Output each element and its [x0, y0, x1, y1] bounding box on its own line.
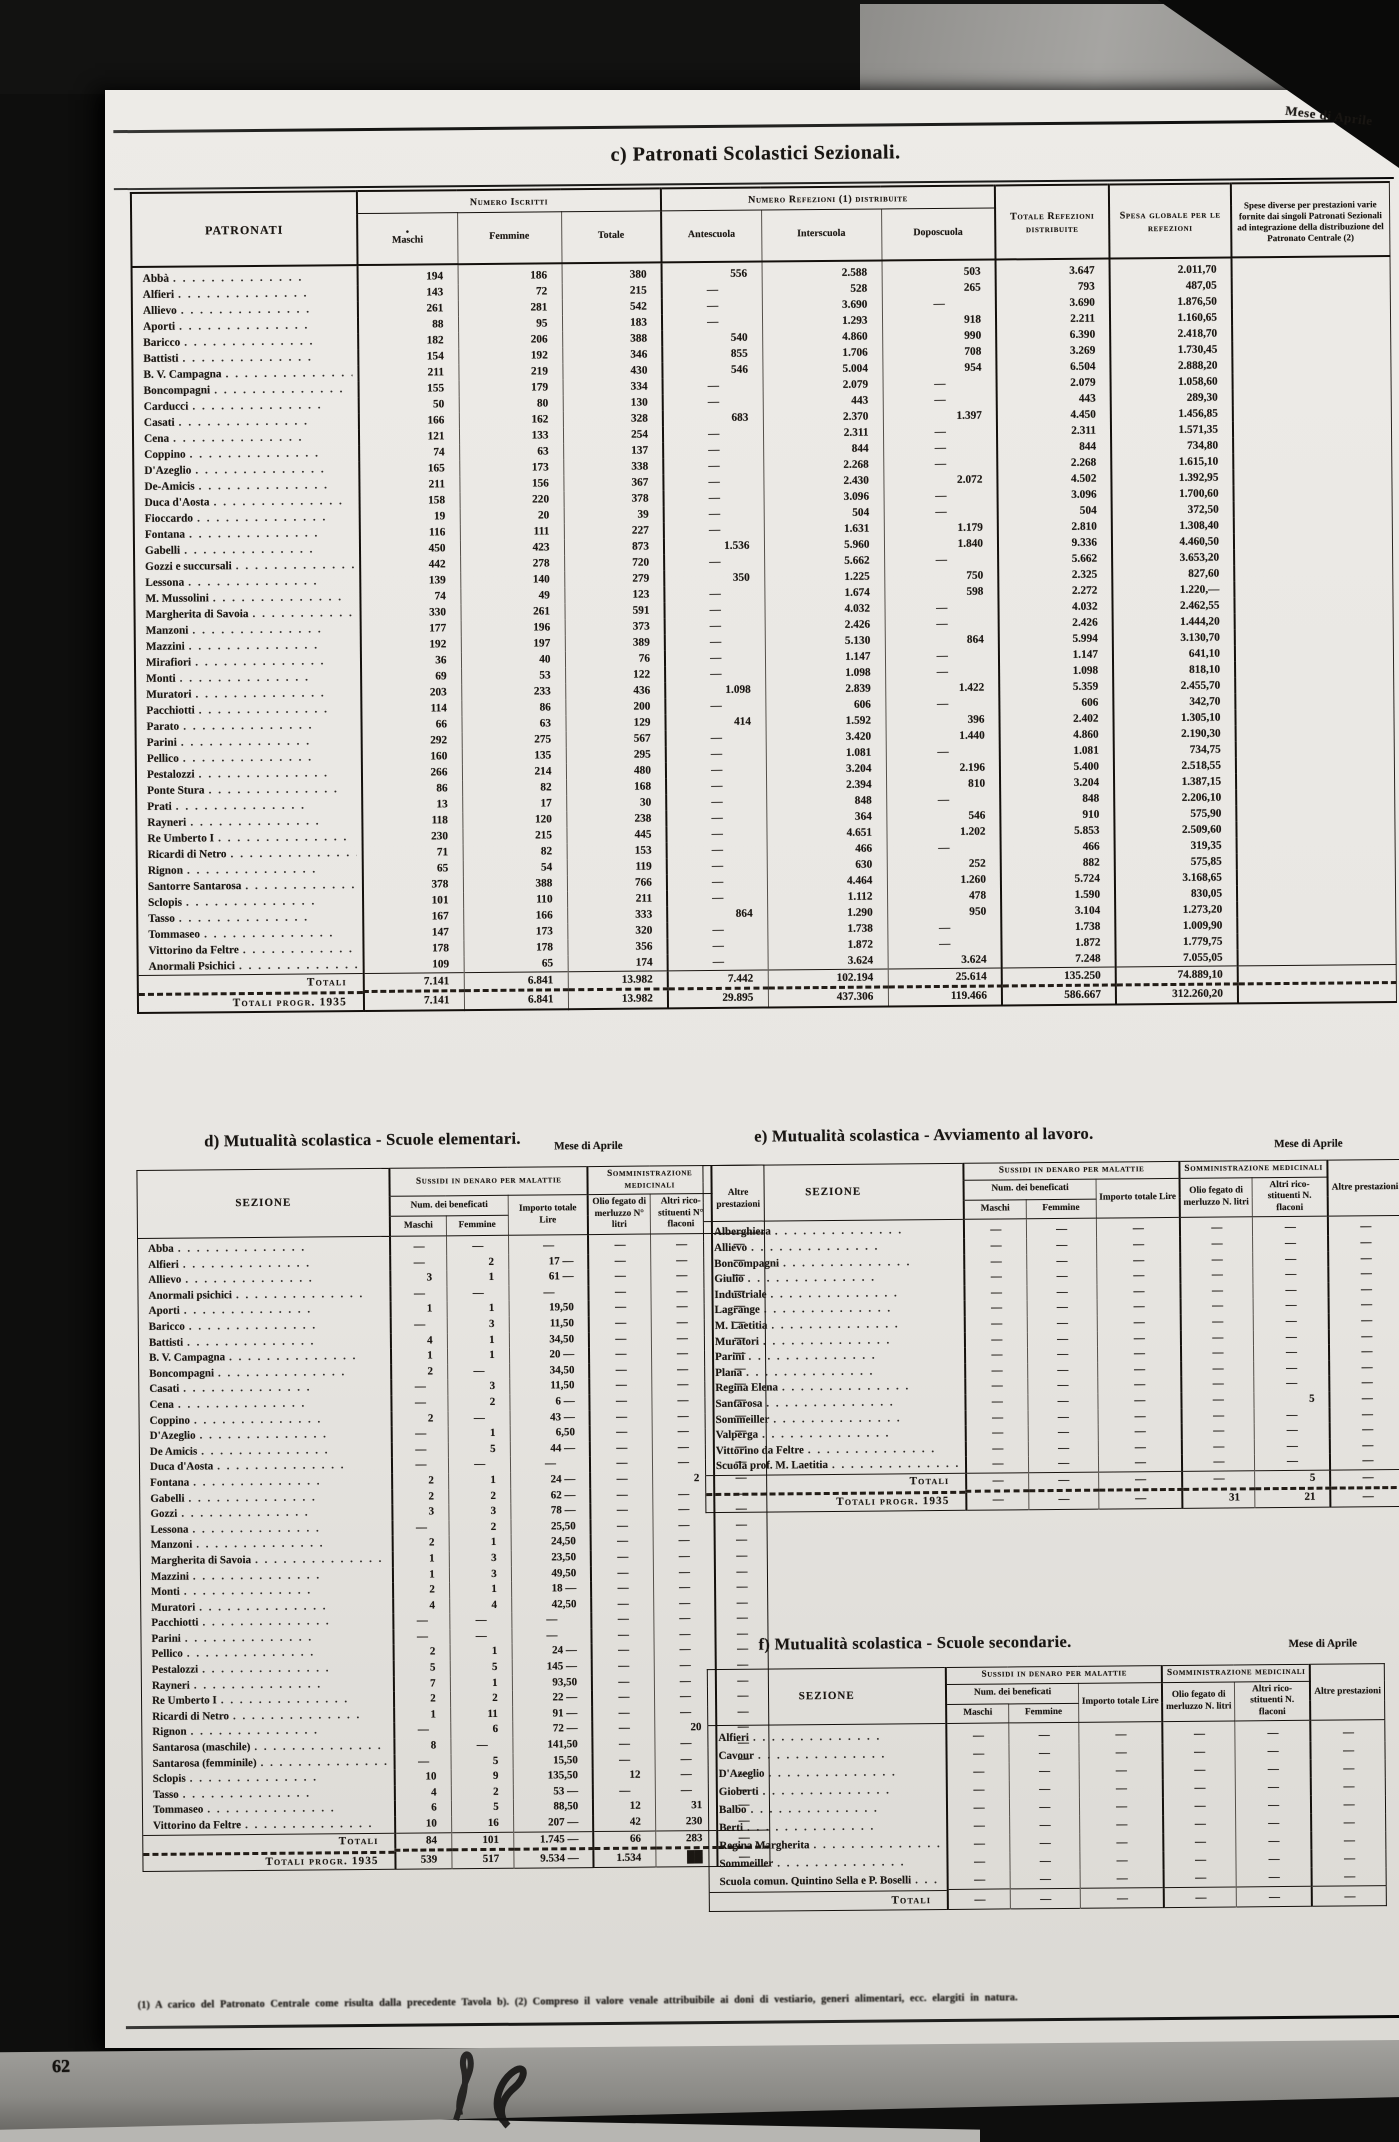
cell-value: — — [1236, 1887, 1312, 1907]
mutualita-secondarie-wrap: SEZIONE Sussidi in denaro per malattie S… — [707, 1663, 1387, 1912]
colgroup-sussidi: Sussidi in denaro per malattie — [390, 1167, 588, 1197]
dot-leaders — [195, 654, 355, 669]
cell-value: 388 — [562, 330, 662, 347]
dot-leaders — [773, 1411, 960, 1426]
cell-value: 109 — [364, 956, 464, 973]
cell-value: 1.081 — [1000, 742, 1114, 759]
cell-value: — — [965, 1269, 1027, 1285]
cell-value: — — [667, 937, 767, 954]
row-label: Vittorino da Feltre — [138, 941, 362, 959]
mutualita-secondarie-table: SEZIONE Sussidi in denaro per malattie S… — [707, 1663, 1387, 1912]
cell-value: — — [1028, 1472, 1098, 1490]
dot-leaders — [236, 558, 355, 573]
cell-value: 65 — [363, 860, 463, 877]
cell-value: 44 — — [510, 1441, 590, 1457]
colgroup-somministrazione: Somministrazione medicinali — [1162, 1664, 1310, 1682]
dot-leaders — [753, 1728, 941, 1746]
cell-value: 1.147 — [765, 648, 885, 665]
cell-value: — — [1330, 1453, 1399, 1470]
cell-value: 158 — [360, 492, 460, 509]
cell-value: — — [715, 1517, 767, 1533]
cell-value: 2 — [394, 1645, 450, 1661]
cell-value: — — [394, 1614, 450, 1630]
cell-value: 88 — [358, 316, 458, 333]
cell-value: 21 — [1254, 1488, 1330, 1508]
cell-value — [1236, 820, 1394, 837]
row-label: Totali — [710, 1890, 948, 1911]
cell-value: 140 — [460, 571, 564, 588]
cell-value: 18 — — [511, 1581, 591, 1597]
dot-leaders — [183, 1787, 389, 1802]
cell-value: — — [653, 1518, 715, 1534]
cell-value: 683 — [663, 409, 763, 426]
cell-value: — — [392, 1442, 448, 1458]
cell-value: — — [965, 1347, 1027, 1363]
dot-leaders — [179, 910, 358, 926]
cell-value: 9 — [451, 1769, 513, 1785]
dot-leaders — [747, 1818, 942, 1836]
cell-value: 62 — — [510, 1488, 590, 1504]
cell-value: 503 — [882, 259, 996, 280]
cell-value: 539 — [396, 1850, 452, 1870]
cell-value: — — [664, 505, 764, 522]
dot-leaders — [196, 1537, 387, 1552]
cell-value: — — [663, 473, 763, 490]
dot-leaders — [186, 894, 357, 909]
cell-value: — — [665, 697, 765, 714]
cell-value: 266 — [362, 764, 462, 781]
col-importo: Importo totale Lire — [1096, 1178, 1180, 1219]
cell-value: 478 — [887, 887, 1001, 904]
cell-value — [1237, 900, 1395, 917]
cell-value: 2 — [392, 1489, 448, 1505]
cell-value: — — [966, 1473, 1028, 1491]
row-label: Alberghiera — [704, 1220, 963, 1241]
cell-value: 766 — [567, 874, 667, 891]
cell-value: 5.960 — [764, 536, 884, 553]
cell-value: 61 — — [509, 1269, 589, 1285]
row-label: Fioccardo — [135, 509, 359, 527]
cell-value: 91 — — [512, 1706, 592, 1722]
cell-value: — — [1181, 1361, 1253, 1377]
cell-value: 101 — [451, 1832, 513, 1850]
cell-value: — — [947, 1781, 1009, 1800]
col-olio-fegato: Olio fegato di merluzzo N. litri — [1162, 1682, 1234, 1722]
cell-value: — — [1182, 1455, 1254, 1472]
dot-leaders — [243, 942, 358, 957]
cell-value: 954 — [882, 359, 996, 376]
cell-value: 1.456,85 — [1111, 405, 1233, 422]
cell-value: 155 — [359, 380, 459, 397]
cell-value: 19,50 — [509, 1301, 589, 1317]
row-label: Tasso — [138, 909, 362, 927]
dot-leaders — [189, 1319, 385, 1334]
cell-value: 130 — [563, 394, 663, 411]
cell-value: 53 — [461, 667, 565, 684]
dot-leaders — [236, 1288, 385, 1303]
cell-value: 2.311 — [997, 422, 1111, 439]
cell-value: 211 — [567, 890, 667, 907]
cell-value: — — [1329, 1313, 1399, 1329]
cell-value: — — [666, 761, 766, 778]
dot-leaders — [915, 1872, 942, 1888]
cell-value: — — [592, 1690, 654, 1706]
cell-value: — — [1254, 1423, 1330, 1439]
cell-value: — — [653, 1580, 715, 1596]
dot-leaders — [195, 462, 353, 477]
cell-value: — — [1097, 1377, 1181, 1393]
cell-value: — — [715, 1533, 767, 1549]
cell-value: 214 — [462, 763, 566, 780]
cell-value: — — [1079, 1816, 1163, 1835]
cell-value: 36 — [361, 652, 461, 669]
cell-value: 540 — [662, 329, 762, 346]
cell-value: — — [590, 1394, 652, 1410]
cell-value: 3 — [447, 1379, 509, 1395]
row-label: Berti — [709, 1817, 947, 1837]
cell-value: — — [588, 1234, 650, 1254]
dot-leaders — [200, 1428, 387, 1443]
cell-value: — — [588, 1253, 650, 1269]
avviamento-header: SEZIONE Sussidi in denaro per malattie S… — [703, 1159, 1399, 1222]
cell-value: 546 — [662, 361, 762, 378]
cell-value: 1 — [448, 1473, 510, 1489]
cell-value: 3.690 — [762, 296, 882, 313]
dot-leaders — [173, 430, 353, 446]
cell-value — [1234, 548, 1392, 565]
cell-value: — — [1027, 1316, 1097, 1332]
dot-leaders — [181, 302, 352, 317]
row-label: Balbo — [709, 1799, 947, 1819]
cell-value: — — [392, 1395, 448, 1411]
cell-value: 160 — [362, 748, 462, 765]
dot-leaders — [194, 1678, 388, 1693]
cell-value: 11,50 — [509, 1316, 589, 1332]
dot-leaders — [182, 350, 352, 365]
col-sezione: SEZIONE — [707, 1667, 946, 1726]
dot-leaders — [218, 1366, 386, 1381]
cell-value: 5.662 — [998, 550, 1112, 567]
col-sezione: SEZIONE — [137, 1168, 390, 1238]
cell-value: — — [1009, 1780, 1079, 1799]
cell-value: 437.306 — [768, 986, 888, 1007]
dot-leaders — [184, 1303, 385, 1318]
row-label: Santorre Santarosa — [138, 877, 362, 895]
cell-value: — — [883, 423, 997, 440]
cell-value: — — [1097, 1362, 1181, 1378]
cell-value: — — [1098, 1489, 1182, 1509]
cell-value — [1232, 256, 1390, 277]
dot-leaders — [239, 958, 358, 973]
cell-value: 1 — [450, 1675, 512, 1691]
cell-value: 3 — [393, 1504, 449, 1520]
cell-value: — — [665, 649, 765, 666]
cell-value: — — [1328, 1216, 1399, 1236]
cell-value: 750 — [884, 567, 998, 584]
cell-value: — — [715, 1580, 767, 1596]
cell-value: 5.853 — [1000, 822, 1114, 839]
cell-value: — — [510, 1456, 590, 1472]
cell-value: 1.220,— — [1112, 581, 1234, 598]
cell-value: — — [589, 1316, 651, 1332]
dot-leaders — [808, 1443, 960, 1458]
row-label: Cavour — [708, 1745, 946, 1765]
cell-value: — — [1079, 1722, 1163, 1744]
col-spesa-globale: Spesa globale per le refezioni — [1109, 183, 1232, 258]
row-label: Baricco — [133, 333, 357, 351]
cell-value: 3.269 — [996, 342, 1110, 359]
cell-value: 147 — [363, 924, 463, 941]
cell-value: — — [1235, 1814, 1311, 1833]
cell-value: 330 — [360, 604, 460, 621]
col-femmine: Femmine — [457, 211, 561, 263]
cell-value: 3.624 — [768, 952, 888, 970]
col-importo: Importo totale Lire — [508, 1195, 588, 1236]
cell-value: — — [1164, 1869, 1236, 1888]
cell-value: 1.147 — [999, 646, 1113, 663]
mutualita-elementari-wrap: SEZIONE Sussidi in denaro per malattie S… — [136, 1165, 770, 1873]
cell-value: 443 — [763, 392, 883, 409]
dot-leaders — [758, 1746, 941, 1764]
row-label: Monti — [136, 669, 360, 687]
cell-value: 312.260,20 — [1116, 983, 1238, 1004]
cell-value: — — [590, 1440, 652, 1456]
cell-value — [1234, 580, 1392, 597]
dot-leaders — [764, 1302, 959, 1317]
dot-leaders — [183, 718, 355, 734]
cell-value: — — [666, 825, 766, 842]
cell-value: 2 — [449, 1520, 511, 1536]
col-totale: Totale — [561, 210, 661, 262]
cell-value: 211 — [358, 364, 458, 381]
cell-value: 1.305,10 — [1113, 709, 1235, 726]
cell-value: 442 — [360, 556, 460, 573]
cell-value: 1.872 — [1001, 934, 1115, 951]
cell-value — [1235, 708, 1393, 725]
dot-leaders — [176, 798, 357, 814]
row-label: Carducci — [134, 397, 358, 415]
cell-value: — — [1312, 1832, 1386, 1851]
cell-value: 2 — [446, 1254, 508, 1270]
cell-value: 252 — [887, 855, 1001, 872]
cell-value: 6.841 — [464, 989, 568, 1010]
cell-value: 1.876,50 — [1110, 293, 1232, 310]
cell-value: 848 — [1000, 790, 1114, 807]
cell-value: — — [1080, 1888, 1164, 1908]
cell-value: 192 — [361, 636, 461, 653]
cell-value: — — [589, 1300, 651, 1316]
dot-leaders — [770, 1287, 958, 1302]
dot-leaders — [190, 814, 356, 829]
cell-value: 121 — [359, 428, 459, 445]
cell-value: 194 — [358, 264, 458, 285]
row-label: Parato — [136, 717, 360, 735]
cell-value: — — [664, 489, 764, 506]
cell-value: 2.370 — [763, 408, 883, 425]
row-label: Totali progr. 1935 — [706, 1491, 965, 1512]
cell-value: 334 — [563, 378, 663, 395]
row-label: Allievo — [133, 301, 357, 319]
cell-value: 2 — [391, 1364, 447, 1380]
cell-value: 20 — [460, 507, 564, 524]
mutualita-avviamento-wrap: SEZIONE Sussidi in denaro per malattie S… — [702, 1159, 1399, 1513]
cell-value: 80 — [459, 395, 563, 412]
cell-value: — — [1329, 1282, 1399, 1298]
cell-value: 950 — [887, 903, 1001, 920]
cell-value: 102.194 — [768, 968, 888, 987]
cell-value: — — [1098, 1440, 1182, 1456]
cell-value: — — [653, 1549, 715, 1565]
cell-value: — — [1080, 1870, 1164, 1889]
dot-leaders — [189, 526, 354, 541]
cell-value: 13 — [362, 796, 462, 813]
dot-leaders — [179, 318, 352, 334]
cell-value: — — [948, 1853, 1010, 1872]
cell-value: 1.631 — [764, 520, 884, 537]
cell-value: — — [589, 1347, 651, 1363]
cell-value: 1.730,45 — [1110, 341, 1232, 358]
cell-value: — — [667, 841, 767, 858]
cell-value: 575,85 — [1115, 853, 1237, 870]
totals-row: Totali progr. 19355395179.534 —1.534██— — [143, 1847, 770, 1872]
cell-value: 445 — [566, 826, 666, 843]
dot-leaders — [178, 1241, 385, 1256]
cell-value: — — [591, 1596, 653, 1612]
cell-value: 2.011,70 — [1110, 257, 1232, 278]
cell-value: 196 — [461, 619, 565, 636]
cell-value: 423 — [460, 539, 564, 556]
cell-value: — — [1180, 1217, 1252, 1237]
cell-value: 114 — [361, 700, 461, 717]
cell-value: — — [1180, 1252, 1252, 1268]
cell-value: 179 — [459, 379, 563, 396]
col-spese-diverse: Spese diverse per prestazioni varie forn… — [1231, 182, 1390, 257]
cell-value: — — [592, 1721, 654, 1737]
cell-value: 119.466 — [888, 985, 1002, 1006]
dot-leaders — [207, 1802, 389, 1817]
cell-value: 16 — [451, 1816, 513, 1833]
patronati-sezionali-table: PATRONATI Numero Iscritti Numero Refezio… — [130, 181, 1397, 1014]
cell-value: 1.225 — [764, 568, 884, 585]
cell-value: 606 — [999, 694, 1113, 711]
cell-value: 173 — [459, 459, 563, 476]
cell-value: — — [394, 1629, 450, 1645]
row-label: Rayneri — [137, 813, 361, 831]
cell-value: 436 — [565, 682, 665, 699]
cell-value: 356 — [567, 938, 667, 955]
cell-value: 168 — [566, 778, 666, 795]
dot-leaders — [214, 382, 353, 397]
cell-value: 261 — [460, 603, 564, 620]
cell-value: — — [947, 1723, 1009, 1745]
cell-value: — — [883, 375, 997, 392]
col-altri-ricostituenti: Altri rico- stituenti N. flaconi — [1252, 1177, 1328, 1217]
cell-value: 818,10 — [1113, 661, 1235, 678]
dot-leaders — [751, 1240, 958, 1255]
cell-value: — — [508, 1235, 588, 1255]
cell-value: 466 — [767, 840, 887, 857]
cell-value: 346 — [562, 346, 662, 363]
cell-value: 1.058,60 — [1111, 373, 1233, 390]
cell-value: 3.420 — [766, 728, 886, 745]
cell-value: 49,50 — [511, 1566, 591, 1582]
cell-value: 3.096 — [763, 488, 883, 505]
cell-value: 1.534 — [594, 1848, 656, 1868]
cell-value: — — [966, 1441, 1028, 1457]
cell-value: 827,60 — [1112, 565, 1234, 582]
cell-value: 2 — [393, 1582, 449, 1598]
cell-value: — — [1028, 1394, 1098, 1410]
colgroup-somministrazione: Somministrazione medicinali — [588, 1166, 712, 1195]
cell-value: 183 — [562, 314, 662, 331]
cell-value: 5 — [394, 1660, 450, 1676]
dot-leaders — [245, 878, 357, 893]
dot-leaders — [188, 1490, 386, 1505]
cell-value: — — [1236, 1868, 1312, 1887]
row-label: Totali — [706, 1473, 965, 1492]
col-totale-refezioni: Totale Refezioni distribuite — [995, 185, 1110, 259]
patronati-table-body: Abbà1941863805562.5885033.6472.011,70Alf… — [132, 256, 1396, 1013]
secondarie-header: SEZIONE Sussidi in denaro per malattie S… — [707, 1664, 1384, 1726]
cell-value: 4.651 — [766, 824, 886, 841]
cell-value: 76 — [565, 650, 665, 667]
cell-value: — — [663, 457, 763, 474]
row-label: B. V. Campagna — [133, 365, 357, 383]
cell-value: 7.141 — [364, 990, 464, 1011]
row-label: Scuola comun. Quintino Sella e P. Bosell… — [710, 1871, 948, 1891]
cell-value: — — [592, 1659, 654, 1675]
cell-value: 11 — [450, 1707, 512, 1723]
cell-value: 122 — [565, 666, 665, 683]
dot-leaders — [746, 1365, 959, 1380]
cell-value: 3.653,20 — [1112, 549, 1234, 566]
cell-value: 3.130,70 — [1113, 629, 1235, 646]
cell-value: 873 — [564, 538, 664, 555]
cell-value: — — [1235, 1796, 1311, 1815]
cell-value: — — [592, 1705, 654, 1721]
cell-value: 278 — [460, 555, 564, 572]
cell-value: — — [589, 1269, 651, 1285]
cell-value: 215 — [562, 282, 662, 299]
cell-value: — — [1098, 1471, 1182, 1489]
dot-leaders — [748, 1271, 959, 1286]
cell-value: 1 — [391, 1349, 447, 1365]
cell-value: 5 — [451, 1753, 513, 1769]
cell-value: — — [1182, 1423, 1254, 1439]
dot-leaders — [183, 1257, 385, 1272]
cell-value: — — [965, 1379, 1027, 1395]
cell-value: 844 — [997, 438, 1111, 455]
cell-value: 910 — [1000, 806, 1114, 823]
cell-value: 5 — [448, 1442, 510, 1458]
cell-value: 990 — [882, 327, 996, 344]
dot-leaders — [199, 478, 354, 493]
cell-value: — — [1009, 1744, 1079, 1763]
cell-value: — — [1079, 1744, 1163, 1763]
cell-value: 1 — [447, 1332, 509, 1348]
cell-value: 275 — [462, 731, 566, 748]
colgroup-sussidi: Sussidi in denaro per malattie — [964, 1161, 1180, 1179]
cell-value: — — [391, 1286, 447, 1302]
cell-value: — — [447, 1286, 509, 1302]
cell-value: 1.590 — [1001, 886, 1115, 903]
cell-value: 388 — [463, 875, 567, 892]
cell-value: — — [1312, 1868, 1386, 1887]
horizontal-rule-top — [113, 119, 1393, 133]
cell-value: 129 — [565, 714, 665, 731]
cell-value: — — [590, 1487, 652, 1503]
cell-value: 855 — [662, 345, 762, 362]
